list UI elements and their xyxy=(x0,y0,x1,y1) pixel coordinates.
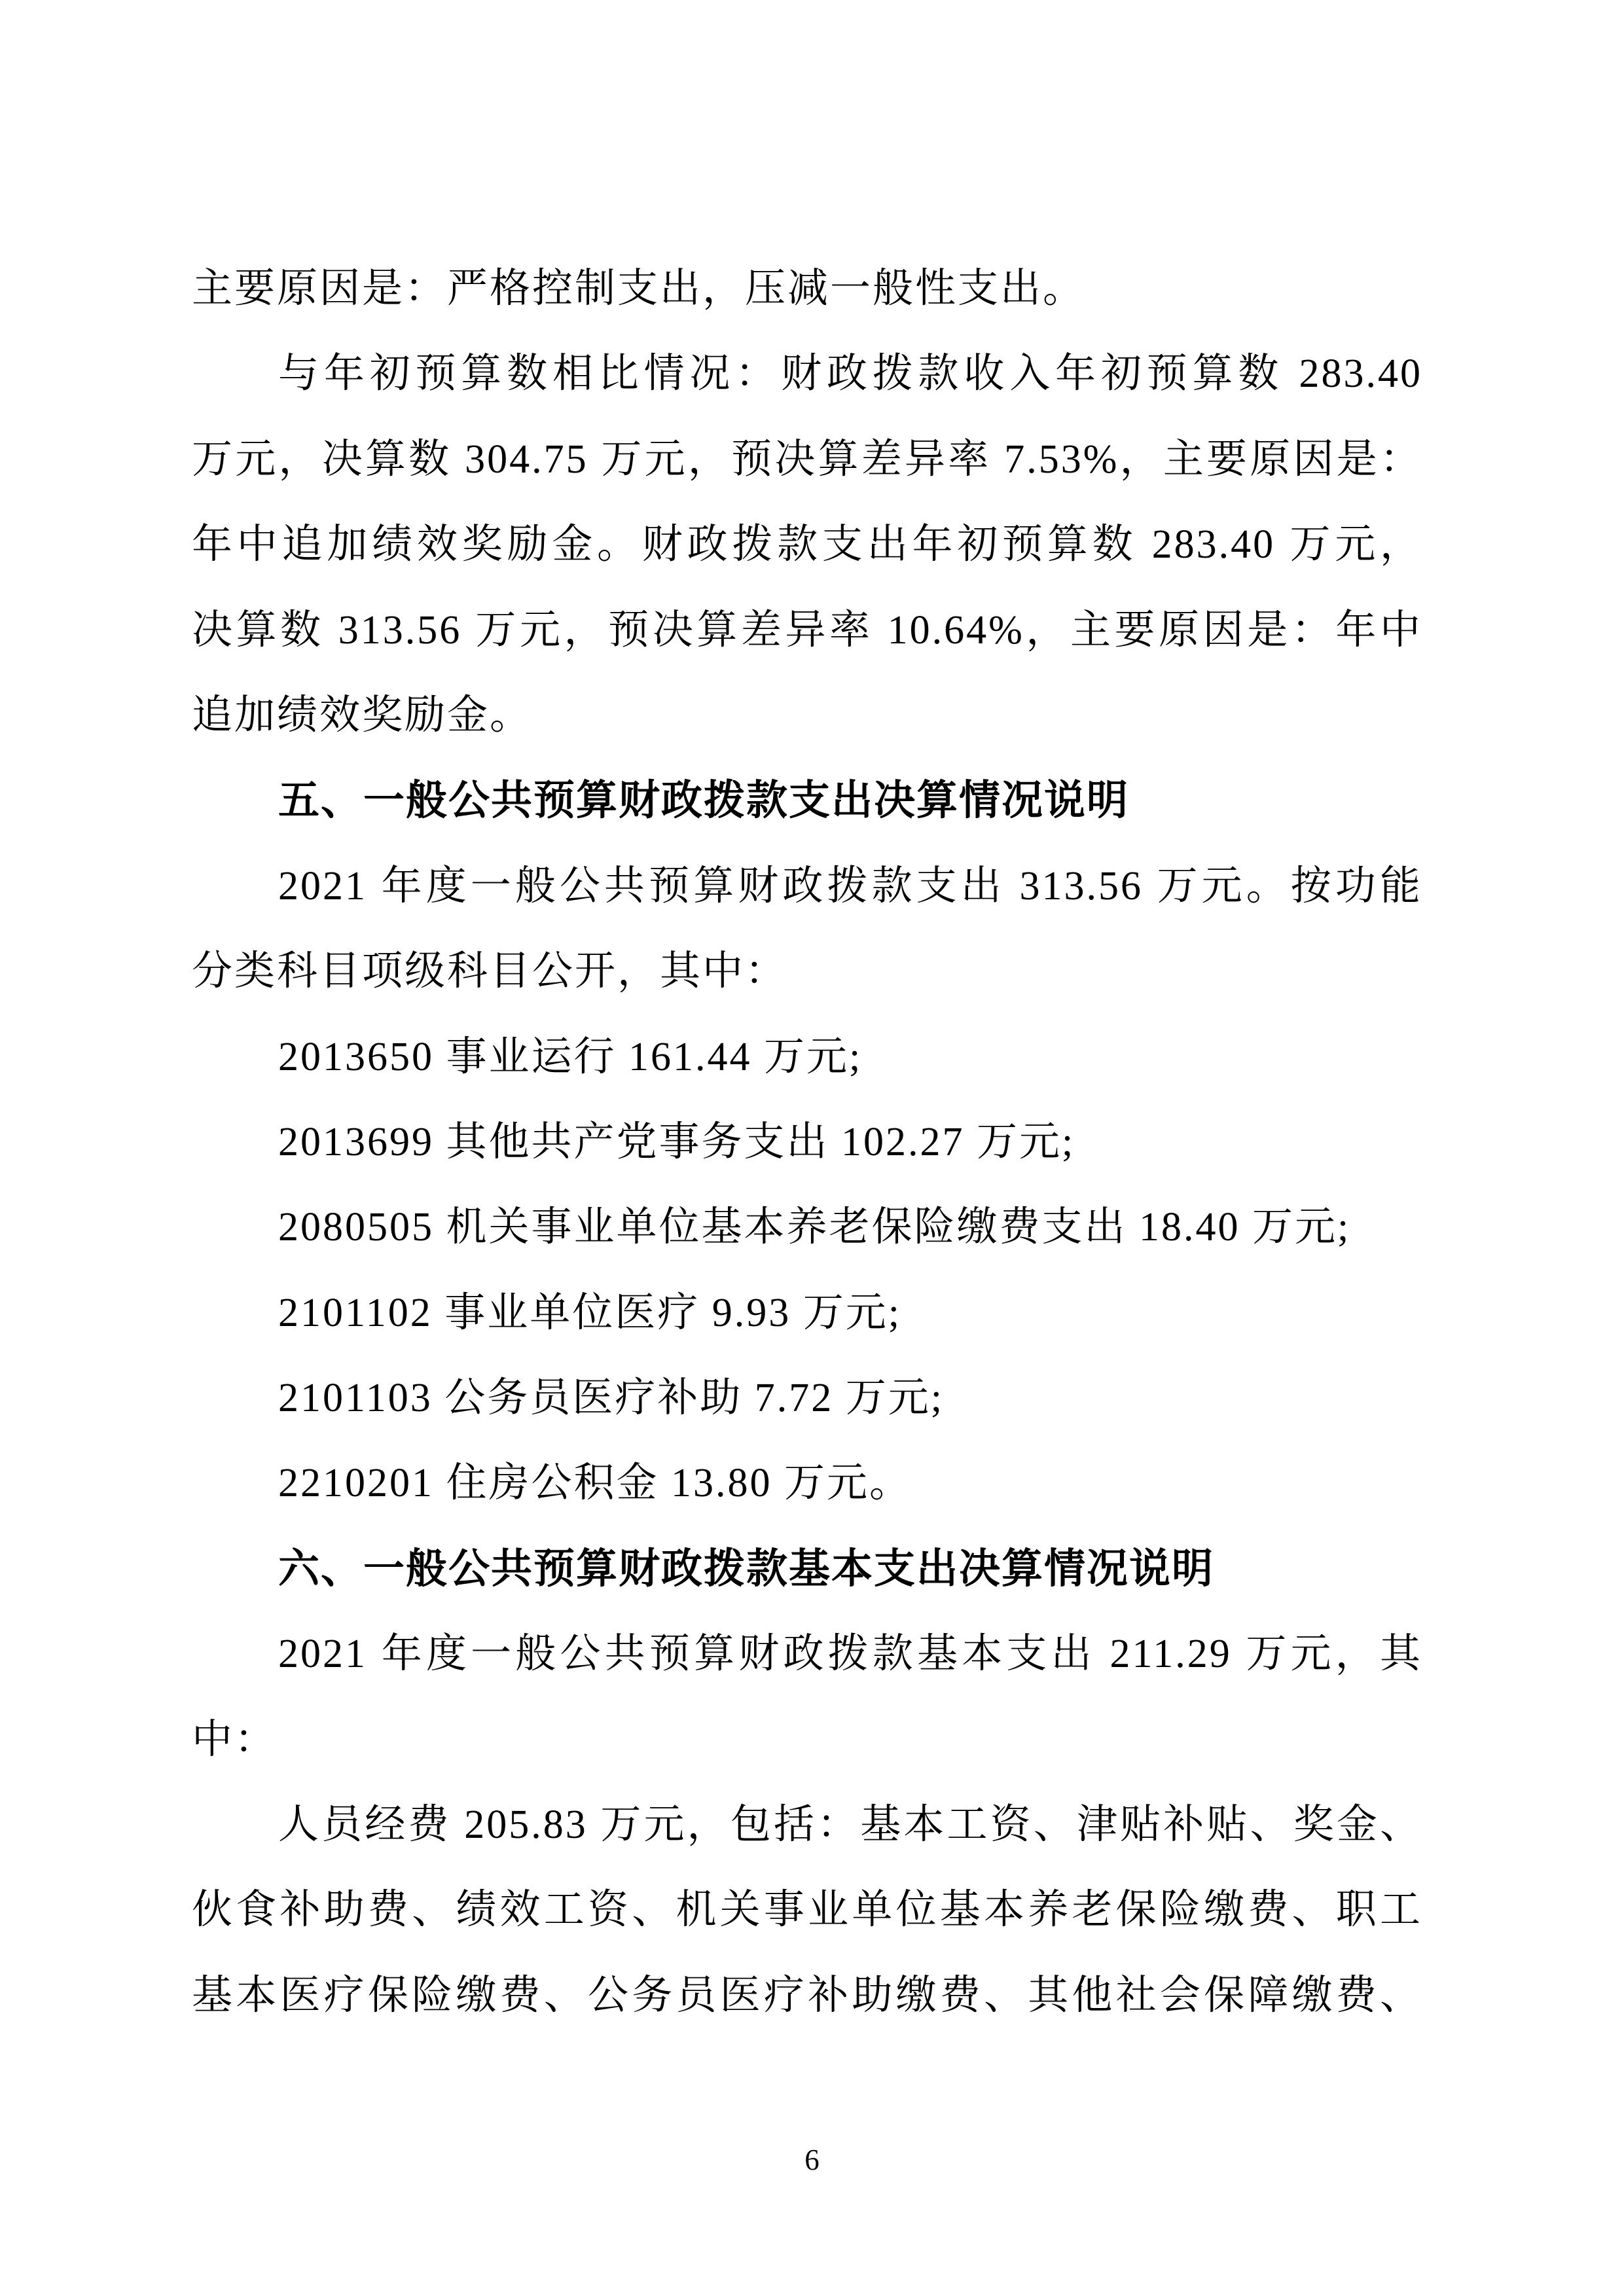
document-body: 主要原因是：严格控制支出，压减一般性支出。 与年初预算数相比情况：财政拨款收入年… xyxy=(192,246,1422,2038)
text-line: 年中追加绩效奖励金。财政拨款支出年初预算数 283.40 万元， xyxy=(192,502,1422,587)
text-line: 2021 年度一般公共预算财政拨款基本支出 211.29 万元，其 xyxy=(192,1611,1422,1696)
text-line: 中： xyxy=(192,1697,1422,1782)
page-number: 6 xyxy=(0,2142,1624,2178)
section-heading: 五、一般公共预算财政拨款支出决算情况说明 xyxy=(192,758,1422,843)
section-heading: 六、一般公共预算财政拨款基本支出决算情况说明 xyxy=(192,1526,1422,1611)
text-line: 主要原因是：严格控制支出，压减一般性支出。 xyxy=(192,246,1422,331)
text-line: 伙食补助费、绩效工资、机关事业单位基本养老保险缴费、职工 xyxy=(192,1867,1422,1952)
text-line: 2021 年度一般公共预算财政拨款支出 313.56 万元。按功能 xyxy=(192,844,1422,929)
text-line: 2101102 事业单位医疗 9.93 万元; xyxy=(192,1270,1422,1355)
text-line: 2013699 其他共产党事务支出 102.27 万元; xyxy=(192,1100,1422,1185)
text-line: 2013650 事业运行 161.44 万元; xyxy=(192,1014,1422,1100)
text-line: 追加绩效奖励金。 xyxy=(192,673,1422,758)
text-line: 2101103 公务员医疗补助 7.72 万元; xyxy=(192,1355,1422,1441)
text-line: 万元，决算数 304.75 万元，预决算差异率 7.53%，主要原因是： xyxy=(192,417,1422,502)
text-line: 2080505 机关事业单位基本养老保险缴费支出 18.40 万元; xyxy=(192,1185,1422,1270)
document-page: 主要原因是：严格控制支出，压减一般性支出。 与年初预算数相比情况：财政拨款收入年… xyxy=(0,0,1624,2296)
text-line: 2210201 住房公积金 13.80 万元。 xyxy=(192,1441,1422,1526)
text-line: 人员经费 205.83 万元，包括：基本工资、津贴补贴、奖金、 xyxy=(192,1782,1422,1867)
text-line: 基本医疗保险缴费、公务员医疗补助缴费、其他社会保障缴费、 xyxy=(192,1953,1422,2038)
text-line: 与年初预算数相比情况：财政拨款收入年初预算数 283.40 xyxy=(192,331,1422,416)
text-line: 分类科目项级科目公开，其中： xyxy=(192,929,1422,1014)
text-line: 决算数 313.56 万元，预决算差异率 10.64%，主要原因是：年中 xyxy=(192,588,1422,673)
